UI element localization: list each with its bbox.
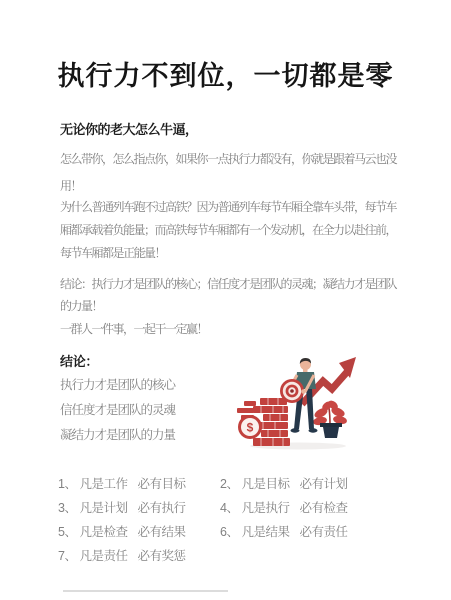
growth-illustration: $ (230, 353, 360, 453)
intro-paragraph: 怎么带你，怎么指点你，如果你一点执行力都没有，你就是跟着马云也没用！ (60, 146, 401, 200)
rule-result: 必有执行 (137, 501, 185, 515)
rule-number: 7、 (58, 549, 76, 563)
summary-paragraph: 结论：执行力才是团队的核心；信任度才是团队的灵魂；凝结力才是团队的力量！ (60, 273, 401, 317)
rule-item: 4、凡是执行必有检查 (220, 498, 398, 522)
rule-result: 必有计划 (299, 477, 347, 491)
rule-number: 5、 (58, 525, 76, 539)
rule-condition: 凡是目标 (241, 477, 289, 491)
rule-number: 1、 (58, 477, 76, 491)
train-paragraph: 为什么普通列车跑不过高铁？因为普通列车每节车厢全靠车头带，每节车厢都承载着负能量… (60, 196, 401, 265)
rule-item: 7、凡是责任必有奖惩 (58, 546, 220, 570)
rule-item: 1、凡是工作必有目标 (58, 474, 220, 498)
rule-result: 必有目标 (137, 477, 185, 491)
conclusion-heading: 结论： (60, 351, 98, 370)
conclusion-point: 执行力才是团队的核心 (60, 375, 175, 393)
poster: 执行力不到位，一切都是零 无论你的老大怎么牛逼， 怎么带你，怎么指点你，如果你一… (0, 0, 451, 600)
svg-text:$: $ (247, 421, 254, 435)
slogan-line: 一群人一件事，一起干一定赢！ (60, 318, 401, 340)
rule-result: 必有检查 (299, 501, 347, 515)
page-title: 执行力不到位，一切都是零 (0, 54, 451, 93)
conclusion-point: 凝结力才是团队的力量 (60, 425, 175, 443)
rule-condition: 凡是工作 (79, 477, 127, 491)
rule-number: 3、 (58, 501, 76, 515)
rule-number: 6、 (220, 525, 238, 539)
rule-condition: 凡是执行 (241, 501, 289, 515)
rule-result: 必有责任 (299, 525, 347, 539)
intro-lead: 无论你的老大怎么牛逼， (60, 119, 198, 138)
bottom-divider (63, 590, 228, 592)
conclusion-point: 信任度才是团队的灵魂 (60, 400, 175, 418)
rule-item: 6、凡是结果必有责任 (220, 522, 398, 546)
rule-condition: 凡是检查 (79, 525, 127, 539)
rule-number: 2、 (220, 477, 238, 491)
rule-condition: 凡是结果 (241, 525, 289, 539)
rules-list: 1、凡是工作必有目标 2、凡是目标必有计划 3、凡是计划必有执行 4、凡是执行必… (58, 474, 398, 570)
rule-item: 5、凡是检查必有结果 (58, 522, 220, 546)
rule-result: 必有结果 (137, 525, 185, 539)
dollar-coin-icon: $ (238, 415, 262, 439)
rule-condition: 凡是计划 (79, 501, 127, 515)
plant-pot-icon (312, 399, 347, 438)
rule-condition: 凡是责任 (79, 549, 127, 563)
rule-item: 2、凡是目标必有计划 (220, 474, 398, 498)
rule-number: 4、 (220, 501, 238, 515)
rule-item: 3、凡是计划必有执行 (58, 498, 220, 522)
rule-result: 必有奖惩 (137, 549, 185, 563)
